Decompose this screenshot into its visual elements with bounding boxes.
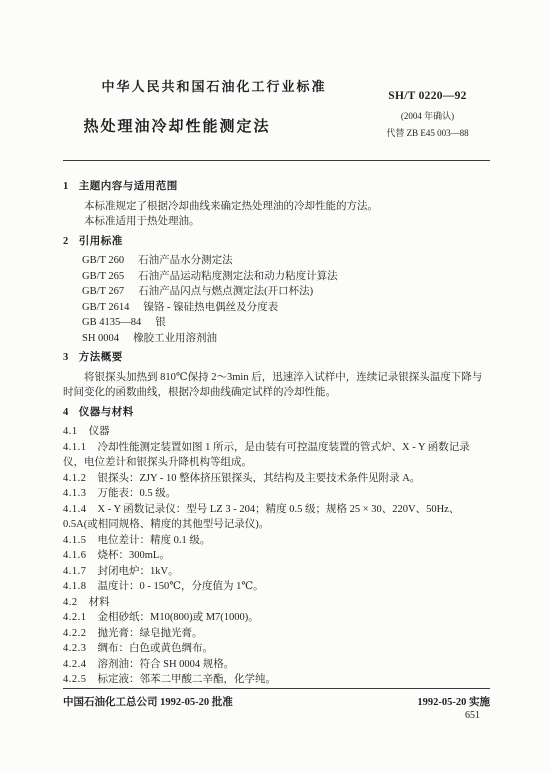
clause-text: 封闭电炉：1kV。 bbox=[98, 566, 179, 577]
clause-number: 4.1.8 bbox=[63, 581, 87, 592]
page-number: 651 bbox=[465, 710, 480, 721]
document-page: 中华人民共和国石油化工行业标准 热处理油冷却性能测定法 SH/T 0220—92… bbox=[0, 0, 550, 772]
section-title: 仪器与材料 bbox=[79, 407, 134, 418]
reference-title: 石油产品运动粘度测定法和动力粘度计算法 bbox=[138, 271, 338, 282]
clause-text: 溶剂油：符合 SH 0004 规格。 bbox=[98, 659, 235, 670]
paragraph: 本标准规定了根据冷却曲线来确定热处理油的冷却性能的方法。 bbox=[63, 199, 490, 215]
clause-text: 温度计：0 - 150℃，分度值为 1℃。 bbox=[98, 581, 264, 592]
clause-text: 冷却性能测定装置如图 1 所示，是由装有可控温度装置的管式炉、X - Y 函数记… bbox=[63, 442, 470, 469]
clause-text: 金相砂纸：M10(800)或 M7(1000)。 bbox=[98, 612, 259, 623]
section-title: 引用标准 bbox=[79, 236, 123, 247]
standard-org-line: 中华人民共和国石油化工行业标准 bbox=[63, 76, 365, 95]
clause-4.1.3: 4.1.3万能表：0.5 级。 bbox=[63, 486, 490, 502]
page-footer: 中国石油化工总公司 1992-05-20 批准 1992-05-20 实施 bbox=[63, 688, 490, 709]
header-right-block: SH/T 0220—92 (2004 年确认) 代替 ZB E45 003—88 bbox=[365, 76, 490, 139]
clause-text: X - Y 函数记录仪：型号 LZ 3 - 204；精度 0.5 级；规格 25… bbox=[63, 504, 459, 531]
clause-4.1.6: 4.1.6烧杯：300mL。 bbox=[63, 548, 490, 564]
replaces-note: 代替 ZB E45 003—88 bbox=[365, 126, 490, 139]
section-number: 4 bbox=[63, 407, 69, 418]
clause-number: 4.1.7 bbox=[63, 566, 87, 577]
paragraph: 本标准适用于热处理油。 bbox=[63, 214, 490, 230]
clause-4.1.5: 4.1.5电位差计：精度 0.1 级。 bbox=[63, 533, 490, 549]
section-heading-4: 4仪器与材料 bbox=[63, 405, 490, 421]
standard-number: SH/T 0220—92 bbox=[365, 90, 490, 102]
reference-title: 银 bbox=[155, 317, 166, 328]
reference-item: GB/T 265石油产品运动粘度测定法和动力粘度计算法 bbox=[63, 269, 490, 285]
section-number: 3 bbox=[63, 352, 69, 363]
clause-number: 4.2.4 bbox=[63, 659, 87, 670]
clause-4.1.8: 4.1.8温度计：0 - 150℃，分度值为 1℃。 bbox=[63, 579, 490, 595]
header-rule bbox=[63, 160, 490, 161]
clause-number: 4.1.3 bbox=[63, 488, 87, 499]
clause-text: 材料 bbox=[89, 597, 110, 608]
clause-4.1.7: 4.1.7封闭电炉：1kV。 bbox=[63, 564, 490, 580]
clause-text: 绸布：白色或黄色绸布。 bbox=[98, 643, 214, 654]
reference-title: 橡胶工业用溶剂油 bbox=[133, 333, 217, 344]
section-number: 2 bbox=[63, 236, 69, 247]
clause-number: 4.2.1 bbox=[63, 612, 87, 623]
reference-item: SH 0004橡胶工业用溶剂油 bbox=[63, 331, 490, 347]
section-heading-2: 2引用标准 bbox=[63, 234, 490, 250]
implementation-note: 1992-05-20 实施 bbox=[417, 694, 490, 709]
reference-item: GB/T 260石油产品水分测定法 bbox=[63, 253, 490, 269]
reference-code: GB/T 267 bbox=[82, 286, 124, 297]
reference-item: GB 4135—84银 bbox=[63, 315, 490, 331]
section-title: 主题内容与适用范围 bbox=[79, 181, 178, 192]
clause-number: 4.1.5 bbox=[63, 535, 87, 546]
clause-text: 仪器 bbox=[89, 426, 110, 437]
clause-text: 电位差计：精度 0.1 级。 bbox=[98, 535, 211, 546]
section-heading-3: 3方法概要 bbox=[63, 350, 490, 366]
reference-item: GB/T 267石油产品闪点与燃点测定法(开口杯法) bbox=[63, 284, 490, 300]
reference-code: GB/T 2614 bbox=[82, 302, 129, 313]
clause-number: 4.1.2 bbox=[63, 473, 87, 484]
clause-text: 烧杯：300mL。 bbox=[98, 550, 170, 561]
clause-number: 4.2.2 bbox=[63, 628, 87, 639]
clause-number: 4.1.4 bbox=[63, 504, 87, 515]
clause-4.1.2: 4.1.2银探头：ZJY - 10 整体挤压银探头，其结构及主要技术条件见附录 … bbox=[63, 471, 490, 487]
clause-number: 4.1.6 bbox=[63, 550, 87, 561]
approval-note: 中国石油化工总公司 1992-05-20 批准 bbox=[63, 694, 233, 709]
clause-4.2.3: 4.2.3绸布：白色或黄色绸布。 bbox=[63, 641, 490, 657]
clause-4.2.5: 4.2.5标定液：邻苯二甲酸二辛酯，化学纯。 bbox=[63, 672, 490, 688]
clause-text: 抛光膏：绿皂抛光膏。 bbox=[98, 628, 203, 639]
document-body: 1主题内容与适用范围本标准规定了根据冷却曲线来确定热处理油的冷却性能的方法。本标… bbox=[63, 179, 490, 688]
reference-title: 石油产品水分测定法 bbox=[138, 255, 233, 266]
document-header: 中华人民共和国石油化工行业标准 热处理油冷却性能测定法 SH/T 0220—92… bbox=[63, 76, 490, 139]
clause-number: 4.1.1 bbox=[63, 442, 87, 453]
clause-number: 4.2.3 bbox=[63, 643, 87, 654]
header-left-block: 中华人民共和国石油化工行业标准 热处理油冷却性能测定法 bbox=[63, 76, 365, 136]
reference-item: GB/T 2614镍铬 - 镍硅热电偶丝及分度表 bbox=[63, 300, 490, 316]
document-title: 热处理油冷却性能测定法 bbox=[63, 115, 291, 136]
section-number: 1 bbox=[63, 181, 69, 192]
clause-4.1: 4.1仪器 bbox=[63, 424, 490, 440]
reference-title: 石油产品闪点与燃点测定法(开口杯法) bbox=[138, 286, 313, 297]
reference-code: GB/T 265 bbox=[82, 271, 124, 282]
clause-4.1.1: 4.1.1冷却性能测定装置如图 1 所示，是由装有可控温度装置的管式炉、X - … bbox=[63, 440, 490, 471]
section-title: 方法概要 bbox=[79, 352, 123, 363]
clause-text: 万能表：0.5 级。 bbox=[98, 488, 177, 499]
reference-code: GB/T 260 bbox=[82, 255, 124, 266]
section-heading-1: 1主题内容与适用范围 bbox=[63, 179, 490, 195]
clause-number: 4.2.5 bbox=[63, 674, 87, 685]
clause-4.2.1: 4.2.1金相砂纸：M10(800)或 M7(1000)。 bbox=[63, 610, 490, 626]
confirmation-note: (2004 年确认) bbox=[365, 109, 490, 122]
clause-number: 4.1 bbox=[63, 426, 78, 437]
clause-4.2: 4.2材料 bbox=[63, 595, 490, 611]
reference-code: SH 0004 bbox=[82, 333, 119, 344]
clause-text: 标定液：邻苯二甲酸二辛酯，化学纯。 bbox=[98, 674, 277, 685]
clause-4.2.2: 4.2.2抛光膏：绿皂抛光膏。 bbox=[63, 626, 490, 642]
clause-number: 4.2 bbox=[63, 597, 78, 608]
reference-code: GB 4135—84 bbox=[82, 317, 141, 328]
clause-text: 银探头：ZJY - 10 整体挤压银探头，其结构及主要技术条件见附录 A。 bbox=[98, 473, 421, 484]
paragraph: 将银探头加热到 810℃保持 2～3min 后，迅速淬入试样中，连续记录银探头温… bbox=[63, 370, 490, 401]
clause-4.2.4: 4.2.4溶剂油：符合 SH 0004 规格。 bbox=[63, 657, 490, 673]
reference-title: 镍铬 - 镍硅热电偶丝及分度表 bbox=[143, 302, 278, 313]
clause-4.1.4: 4.1.4X - Y 函数记录仪：型号 LZ 3 - 204；精度 0.5 级；… bbox=[63, 502, 490, 533]
